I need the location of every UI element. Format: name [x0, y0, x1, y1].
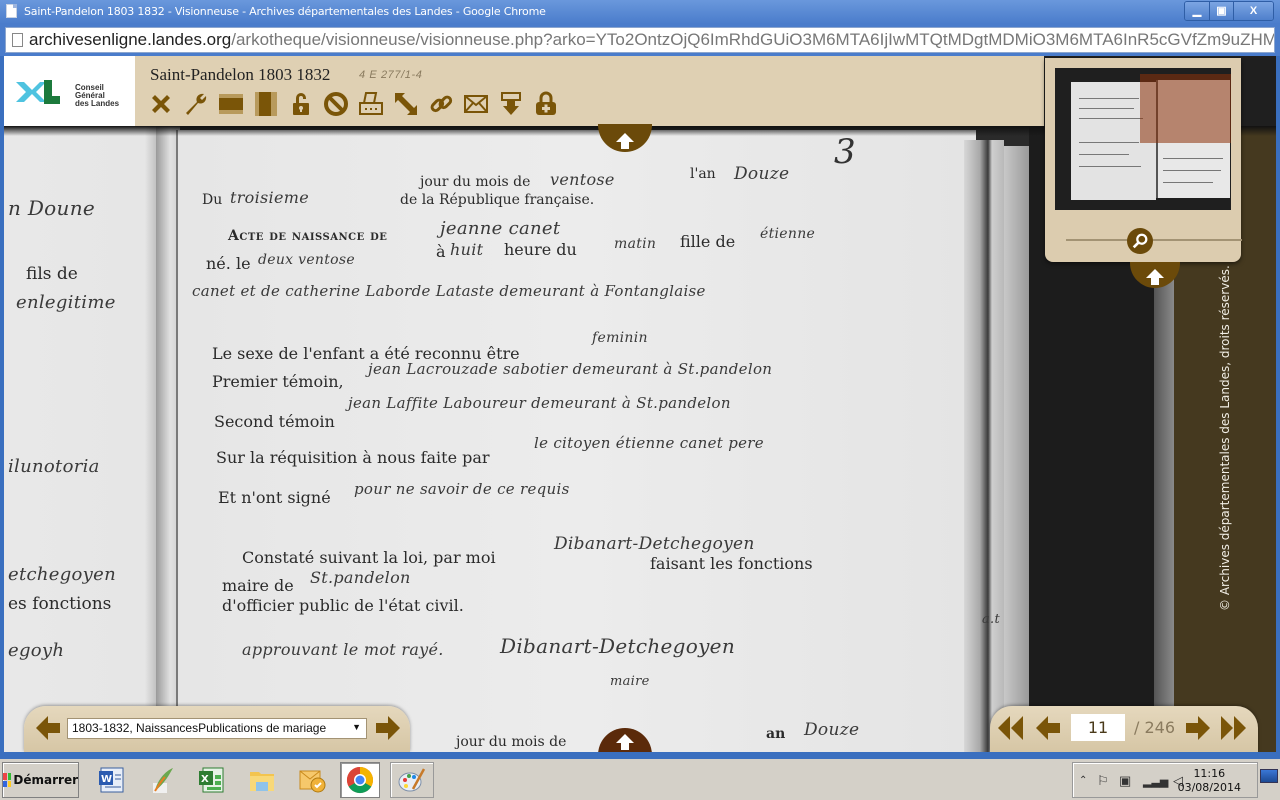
address-bar-container: archivesenligne.landes.org/arkotheque/vi… [0, 24, 1280, 56]
copyright-text: © Archives départementales des Landes, d… [1218, 265, 1232, 611]
close-x-icon [148, 91, 174, 117]
basket-plus-icon [533, 91, 559, 117]
handwritten-text: approuvant le mot rayé. [242, 640, 444, 659]
left-page-text: egoyh [8, 640, 64, 661]
paint-palette-icon [397, 765, 427, 795]
arrow-left-icon[interactable] [1036, 716, 1060, 740]
forbidden-button[interactable] [323, 90, 349, 118]
document-icon [6, 4, 17, 18]
handwritten-text: Douze [734, 164, 789, 184]
logo-line: des Landes [75, 100, 119, 108]
page-edges-outer [1004, 146, 1029, 752]
magnifier-icon [1131, 232, 1149, 250]
clock-time: 11:16 [1178, 767, 1241, 781]
thumb-text-line [1079, 98, 1139, 99]
total-pages: / 246 [1134, 718, 1175, 737]
no-entry-icon [323, 91, 349, 117]
maximize-button[interactable]: ▣ [1209, 2, 1233, 20]
handwritten-text: ventose [550, 170, 615, 189]
xl-logo-icon [16, 78, 60, 106]
printed-text: fille de [680, 232, 735, 251]
feather-icon [147, 765, 177, 795]
minimize-button[interactable]: ▁ [1185, 2, 1209, 20]
chevron-down-icon: ▼ [352, 722, 361, 732]
left-page-text: es fonctions [8, 594, 111, 614]
arrow-up-icon [616, 133, 634, 149]
page-navigation-bar: / 246 [990, 706, 1258, 752]
cover-edge [1154, 256, 1174, 752]
page-icon [12, 33, 23, 47]
navigator-viewport-rect[interactable] [1140, 74, 1231, 143]
current-page-input[interactable] [1071, 714, 1125, 741]
print-button[interactable] [358, 90, 384, 118]
download-button[interactable] [498, 90, 524, 118]
image-viewer[interactable]: © Archives départementales des Landes, d… [4, 56, 1276, 752]
close-viewer-button[interactable] [148, 90, 174, 118]
add-to-basket-button[interactable] [533, 90, 559, 118]
arrow-right-icon[interactable] [376, 716, 400, 740]
wrench-icon [183, 91, 209, 117]
printed-text: à [436, 242, 446, 261]
windows-taskbar: Démarrer W X ⌃ ⚐ ▣ ▂▃▅ ◁ 11:16 03/08/201… [0, 756, 1280, 800]
left-page-text: etchegoyen [8, 564, 116, 585]
left-page-text: n Doune [8, 196, 95, 220]
taskbar-explorer[interactable] [242, 762, 282, 798]
taskbar-feather-app[interactable] [142, 762, 182, 798]
window-titlebar: Saint-Pandelon 1803 1832 - Visionneuse -… [0, 0, 1280, 24]
handwritten-text: étienne [760, 226, 815, 242]
toolbar-icons [148, 90, 559, 118]
window-title: Saint-Pandelon 1803 1832 - Visionneuse -… [24, 5, 546, 18]
handwritten-text: matin [614, 236, 656, 252]
viewer-toolbar: Conseil Général des Landes Saint-Pandelo… [4, 56, 1044, 126]
window-controls: ▁ ▣ X [1184, 1, 1274, 21]
page-edges [964, 140, 1004, 752]
svg-text:W: W [101, 774, 112, 785]
left-page-text: fils de [26, 264, 78, 284]
handwritten-text: huit [450, 240, 483, 259]
link-icon [428, 91, 454, 117]
taskbar-outlook[interactable] [292, 762, 332, 798]
printed-text: Acte de naissance de [228, 228, 387, 244]
navigator-panel [1045, 58, 1241, 262]
navigator-thumbnail[interactable] [1055, 68, 1231, 210]
outlook-icon [297, 765, 327, 795]
printed-text: né. le [206, 254, 251, 273]
fit-height-icon [253, 91, 279, 117]
download-arrow-icon [498, 91, 524, 117]
action-center-flag-icon[interactable]: ⚐ [1097, 773, 1109, 789]
printer-icon [358, 91, 384, 117]
url-path: /arkotheque/visionneuse/visionneuse.php?… [231, 30, 1275, 50]
thumb-text-line [1163, 158, 1223, 159]
email-button[interactable] [463, 90, 489, 118]
power-plug-icon[interactable]: ▣ [1119, 773, 1131, 789]
double-arrow-right-icon[interactable] [1218, 716, 1246, 740]
network-signal-icon[interactable]: ▂▃▅ [1143, 775, 1168, 788]
fullscreen-button[interactable] [393, 90, 419, 118]
printed-text: l'an [690, 166, 716, 182]
printed-text: jour du mois de [456, 734, 566, 750]
left-page-text: ilunotoria [8, 456, 100, 477]
thumb-text-line [1079, 142, 1139, 143]
series-select-value: 1803-1832, NaissancesPublications de mar… [72, 721, 326, 735]
system-clock[interactable]: 11:16 03/08/2014 [1178, 767, 1241, 795]
printed-text: Et n'ont signé [218, 488, 331, 507]
url-field[interactable]: archivesenligne.landes.org/arkotheque/vi… [5, 27, 1275, 53]
handwritten-text: St.pandelon [310, 568, 411, 587]
double-arrow-left-icon[interactable] [998, 716, 1026, 740]
permalink-button[interactable] [428, 90, 454, 118]
svg-text:X: X [201, 774, 209, 785]
taskbar-excel[interactable]: X [192, 762, 232, 798]
fit-width-icon [218, 91, 244, 117]
handwritten-text: le citoyen étienne canet pere [534, 434, 764, 452]
thumb-text-line [1163, 170, 1221, 171]
thumb-text-line [1079, 154, 1129, 155]
taskbar-word[interactable]: W [92, 762, 132, 798]
margin-note: a.t [982, 612, 1000, 627]
close-window-button[interactable]: X [1233, 2, 1273, 20]
handwritten-text: pour ne savoir de ce requis [354, 480, 570, 498]
series-navigation-bar: 1803-1832, NaissancesPublications de mar… [24, 706, 410, 752]
handwritten-text: feminin [592, 330, 648, 346]
conseil-general-logo[interactable]: Conseil Général des Landes [4, 56, 135, 126]
show-hidden-icons-icon[interactable]: ⌃ [1079, 775, 1087, 786]
clock-date: 03/08/2014 [1178, 781, 1241, 795]
start-button[interactable]: Démarrer [2, 762, 79, 798]
handwritten-text: maire [610, 674, 650, 689]
handwritten-page-number: 3 [834, 132, 856, 172]
printed-text: de la République française. [400, 192, 594, 208]
arrow-up-icon [1146, 269, 1164, 285]
printed-text: d'officier public de l'état civil. [222, 596, 464, 615]
printed-text: heure du [504, 240, 577, 259]
thumb-text-line [1079, 108, 1134, 109]
handwritten-text: jean Laffite Laboureur demeurant à St.pa… [348, 394, 731, 412]
printed-text: faisant les fonctions [650, 554, 813, 573]
unlock-button[interactable] [288, 90, 314, 118]
excel-icon: X [197, 765, 227, 795]
show-desktop-button[interactable] [1260, 769, 1278, 783]
printed-text: Sur la réquisition à nous faite par [216, 448, 490, 467]
taskbar-paint[interactable] [390, 762, 434, 798]
printed-text: Second témoin [214, 412, 335, 431]
printed-text: Constaté suivant la loi, par moi [242, 548, 496, 567]
fit-width-button[interactable] [218, 90, 244, 118]
zoom-slider-knob[interactable] [1127, 228, 1153, 254]
arrow-left-icon[interactable] [36, 716, 60, 740]
taskbar-chrome[interactable] [340, 762, 380, 798]
printed-text: Premier témoin, [212, 372, 344, 391]
padlock-open-icon [288, 91, 314, 117]
chrome-icon [345, 765, 375, 795]
url-domain: archivesenligne.landes.org [29, 30, 231, 50]
document-cote: 4 E 277/1-4 [359, 69, 422, 81]
handwritten-signature: Dibanart-Detchegoyen [500, 634, 735, 658]
thumb-text-line [1079, 166, 1141, 167]
handwritten-text: Douze [804, 720, 859, 740]
handwritten-text: jean Lacrouzade sabotier demeurant à St.… [368, 360, 772, 378]
left-page-text: enlegitime [16, 292, 116, 313]
fit-height-button[interactable] [253, 90, 279, 118]
arrow-up-icon [616, 734, 634, 750]
envelope-icon [463, 91, 489, 117]
folder-icon [247, 765, 277, 795]
thumb-text-line [1079, 118, 1143, 119]
logo-text: Conseil Général des Landes [75, 84, 119, 108]
settings-button[interactable] [183, 90, 209, 118]
printed-text: maire de [222, 576, 294, 595]
handwritten-text: jeanne canet [440, 218, 560, 239]
handwritten-text: canet et de catherine Laborde Lataste de… [192, 282, 706, 300]
printed-text: jour du mois de [420, 174, 530, 190]
handwritten-text: deux ventose [258, 252, 355, 268]
word-icon: W [97, 765, 127, 795]
handwritten-text: troisieme [230, 188, 309, 207]
document-title: Saint-Pandelon 1803 1832 [150, 65, 330, 85]
series-select[interactable]: 1803-1832, NaissancesPublications de mar… [67, 718, 367, 739]
zoom-slider-track[interactable] [1066, 239, 1242, 241]
system-tray: ⌃ ⚐ ▣ ▂▃▅ ◁ 11:16 03/08/2014 [1072, 762, 1258, 798]
arrow-right-icon[interactable] [1186, 716, 1210, 740]
resize-arrow-icon [393, 91, 419, 117]
printed-text: Du [202, 192, 222, 208]
handwritten-text: Dibanart-Detchegoyen [554, 534, 755, 554]
start-label: Démarrer [13, 773, 78, 787]
windows-logo-icon [3, 773, 11, 787]
thumb-text-line [1163, 182, 1213, 183]
printed-text: an [766, 726, 785, 742]
